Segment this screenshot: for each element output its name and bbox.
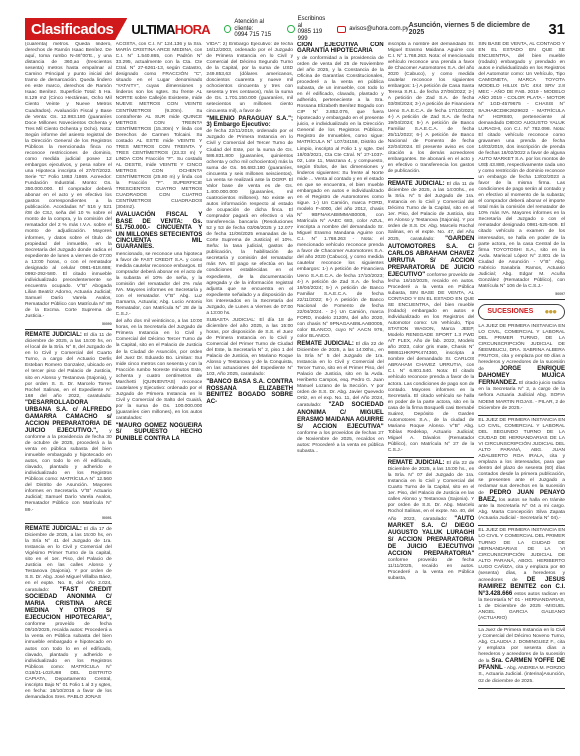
email-link[interactable]: avisos@uhora.com.py	[349, 26, 408, 33]
whatsapp-icon	[224, 25, 232, 33]
people-icon: ●●●	[545, 309, 557, 315]
customer-service-contact: Atención al cliente:0994 715 715	[224, 19, 281, 39]
succession-notice: EL JUEZ DE PRIMERA INSTANCIA EN LO CIVIL…	[478, 418, 565, 527]
email-contact: avisos@uhora.com.py	[337, 26, 408, 33]
envelope-icon	[337, 26, 346, 33]
newspaper-logo: ULTIMAHORA	[131, 22, 217, 37]
legal-notice: (cuarenta) metros. Queda lindero, derech…	[25, 42, 112, 330]
column-4: CIÓN EJECUTIVA CON GARANTÍA HIPOTECARIA …	[297, 42, 384, 754]
legal-notice: SIN BASE DE VENTA, AL CONTADO Y EN EL ES…	[478, 42, 565, 300]
whatsapp-icon	[287, 25, 295, 33]
column-1: (cuarenta) metros. Queda lindero, derech…	[25, 42, 112, 754]
succession-notice: La Juez de Primera Instancia en lo Civil…	[478, 628, 565, 688]
page-number: 31	[548, 21, 565, 38]
legal-notice: REMATE JUDICIAL: El día 11 de diciembre …	[25, 332, 112, 523]
column-6: SIN BASE DE VENTA, AL CONTADO Y EN EL ES…	[478, 42, 565, 754]
column-3: VIDA": 2) Embargo Ejecutivo: de fecha 16…	[206, 42, 293, 754]
column-5: inscripta a nombre del demandado Sr. Mig…	[388, 42, 475, 754]
sucesiones-section-header: SUCESIONES ●●●	[478, 304, 565, 320]
legal-notice: inscripta a nombre del demandado Sr. Mig…	[388, 42, 475, 179]
section-title: Clasificados	[25, 18, 127, 40]
column-2: ACOSTA, con C.I. N° 124.136 y la Sra. MA…	[116, 42, 203, 754]
legal-notice: REMATE JUDICIAL: El día 17 de Diciembre …	[25, 526, 112, 701]
page-header: Clasificados ULTIMAHORA Atención al clie…	[25, 18, 565, 40]
write-us-contact: Escribinos al0985 119 999	[287, 16, 331, 42]
succession-notice: EL JUEZ DE PRIMERA INSTANCIA EN LO CIVIL…	[478, 528, 565, 626]
issue-date: Asunción, viernes 5 de diciembre de 2025	[409, 22, 539, 36]
legal-notice: REMATE JUDICIAL: El día 22 de Diciembre …	[388, 460, 475, 582]
succession-notice: LA JUEZ DE PRIMERA INSTANCIA EN LO CIVIL…	[478, 324, 565, 416]
legal-notice: REMATE JUDICIAL: El día 11 de diciembre …	[388, 181, 475, 458]
classifieds-columns: (cuarenta) metros. Queda lindero, derech…	[25, 42, 565, 754]
